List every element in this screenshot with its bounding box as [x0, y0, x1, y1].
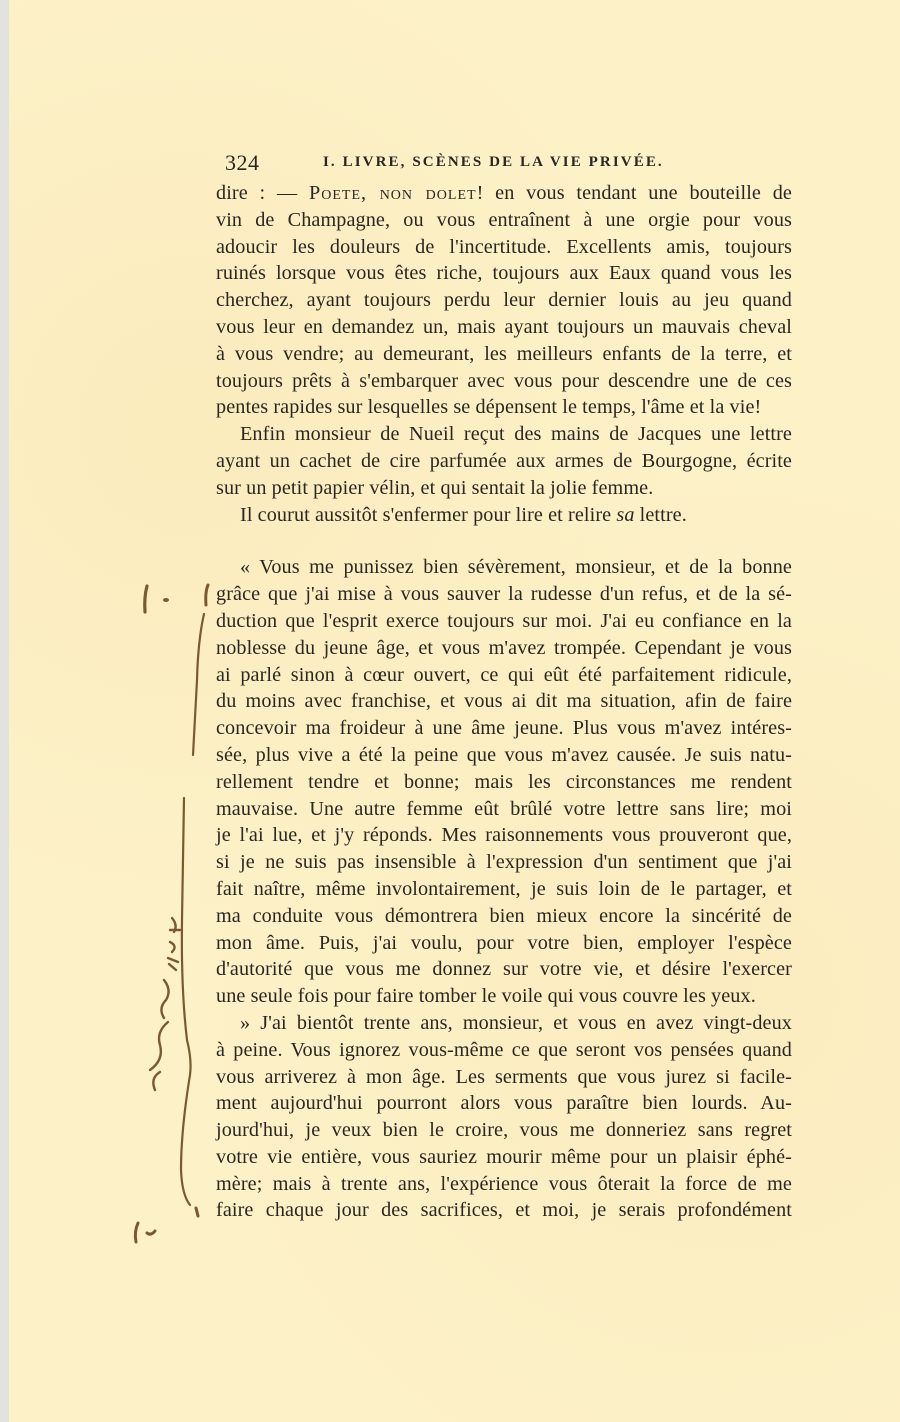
text-line: vous leur en demandez un, mais ayant tou… — [216, 314, 792, 341]
letter-line: à peine. Vous ignorez vous-même ce que s… — [216, 1037, 792, 1064]
text-line: à vous vendre; au demeurant, les meilleu… — [216, 341, 792, 368]
text-line: dire : — Poete, non dolet! en vous tenda… — [216, 180, 792, 207]
letter-line: sée, plus vive a été la peine que vous m… — [216, 742, 792, 769]
letter-line: d'autorité que vous me donnez sur votre … — [216, 956, 792, 983]
letter-line: grâce que j'ai mise à vous sauver la rud… — [216, 581, 792, 608]
letter-line: si je ne suis pas insensible à l'express… — [216, 849, 792, 876]
running-head: I. Livre, scènes de la vie privée. — [323, 154, 664, 171]
letter-line: » J'ai bientôt trente ans, monsieur, et … — [216, 1010, 792, 1037]
letter-line: du moins avec franchise, et vous ai dit … — [216, 688, 792, 715]
letter-line: jourd'hui, je veux bien le croire, vous … — [216, 1117, 792, 1144]
text-line: ruinés lorsque vous êtes riche, toujours… — [216, 260, 792, 287]
text-line: sur un petit papier vélin, et qui sentai… — [216, 475, 792, 502]
letter-line: « Vous me punissez bien sévèrement, mons… — [216, 554, 792, 581]
page-header: 324 I. Livre, scènes de la vie privée. — [225, 150, 801, 178]
letter-line: ai parlé sinon à cœur ouvert, ce qui eût… — [216, 662, 792, 689]
letter-line: noblesse du jeune âge, et vous m'avez tr… — [216, 635, 792, 662]
letter-line: mon âme. Puis, j'ai voulu, pour votre bi… — [216, 930, 792, 957]
text-line: adoucir les douleurs de l'incertitude. E… — [216, 234, 792, 261]
text-line: toujours prêts à s'embarquer avec vous p… — [216, 368, 792, 395]
small-caps-quote: Poete, non dolet — [309, 182, 477, 204]
letter-line: rellement tendre et bonne; mais les circ… — [216, 769, 792, 796]
body-text: dire : — Poete, non dolet! en vous tenda… — [216, 180, 792, 1224]
letter-line: mère; mais à trente ans, l'expérience vo… — [216, 1171, 792, 1198]
letter-line: fait naître, même involontairement, je s… — [216, 876, 792, 903]
letter-line: je l'ai lue, et j'y réponds. Mes raisonn… — [216, 822, 792, 849]
text-line: Enfin monsieur de Nueil reçut des mains … — [216, 421, 792, 448]
letter-line: concevoir ma froideur à une âme jeune. P… — [216, 715, 792, 742]
paragraph-gap — [216, 528, 792, 554]
letter-line: faire chaque jour des sacrifices, et moi… — [216, 1197, 792, 1224]
italic-word: sa — [616, 504, 634, 526]
letter-line: duction que l'esprit exerce toujours sur… — [216, 608, 792, 635]
letter-line: mauvaise. Une autre femme eût brûlé votr… — [216, 796, 792, 823]
text-line: cherchez, ayant toujours perdu leur dern… — [216, 287, 792, 314]
letter-line: vous arriverez à mon âge. Les serments q… — [216, 1064, 792, 1091]
letter-line: ment aujourd'hui pourront alors vous par… — [216, 1090, 792, 1117]
text-line: pentes rapides sur lesquelles se dépense… — [216, 394, 792, 421]
letter-line: ma conduite vous démontrera bien mieux e… — [216, 903, 792, 930]
letter-line: une seule fois pour faire tomber le voil… — [216, 983, 792, 1010]
text-line: vin de Champagne, ou vous entraînent à u… — [216, 207, 792, 234]
letter-line: votre vie entière, vous sauriez mourir m… — [216, 1144, 792, 1171]
text-line: Il courut aussitôt s'enfermer pour lire … — [216, 502, 792, 529]
text-line: ayant un cachet de cire parfumée aux arm… — [216, 448, 792, 475]
page-number: 324 — [225, 150, 260, 176]
